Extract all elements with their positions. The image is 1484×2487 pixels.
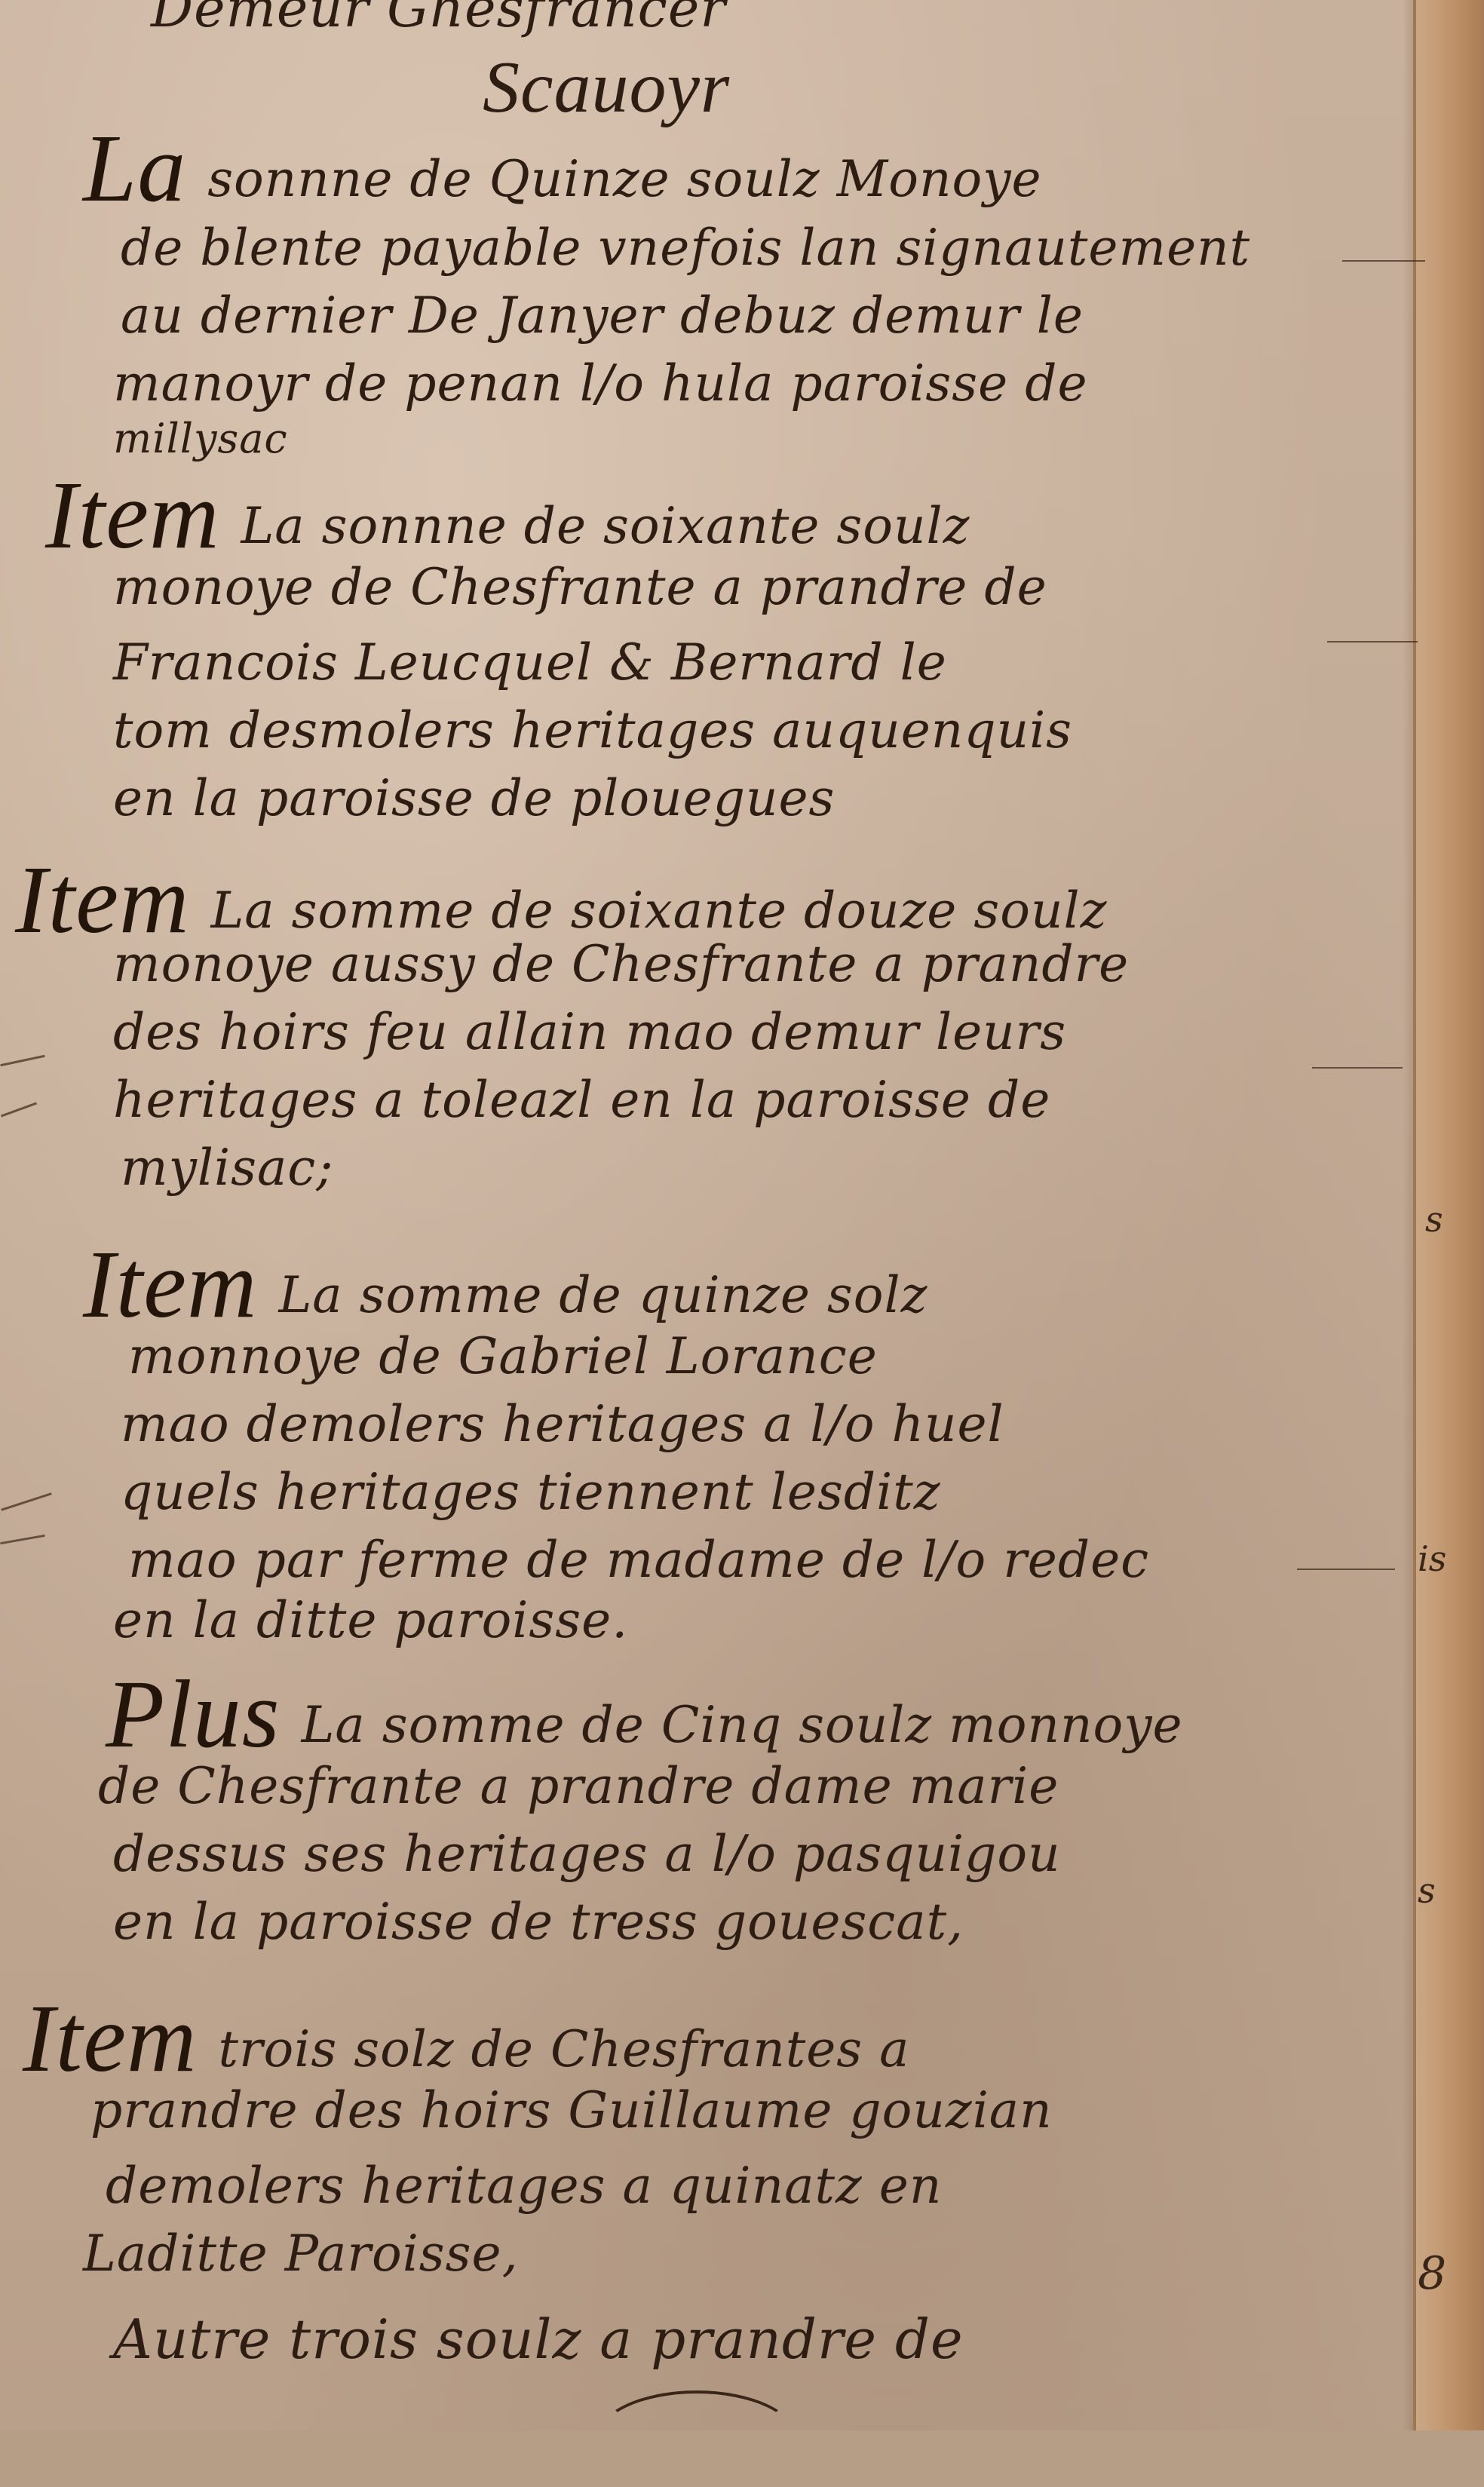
entry-4-line-2: monnoye de Gabriel Lorance [128,1327,878,1385]
margin-stroke [1,1102,37,1118]
entry-7-line-1: Autre trois soulz a prandre de [113,2308,964,2371]
entry-1-line-3: au dernier De Janyer debuz demur le [121,287,1084,345]
entry-5-line-1: PlusLa somme de Cinq soulz monnoye [106,1659,1183,1770]
manuscript-page: Demeur Ghesfrancer Scauoyr Lasonnne de Q… [0,0,1484,2430]
entry-2-line-1: ItemLa sonnne de soixante soulz [45,460,970,571]
margin-rule [1297,1569,1395,1570]
entry-4-line-4: quels heritages tiennent lesditz [121,1463,940,1521]
margin-rule [1327,641,1418,642]
entry-3-line-5: mylisac; [121,1139,334,1197]
entry-initial: Item [23,1985,197,2092]
entry-initial: Item [83,1231,257,1338]
bottom-flourish [596,2390,798,2430]
entry-3-line-3: des hoirs feu allain mao demur leurs [113,1003,1066,1061]
margin-stroke [0,1535,45,1544]
entry-initial: Item [45,462,219,569]
margin-mark: is [1418,1538,1446,1579]
entry-5-line-3: dessus ses heritages a l/o pasquigou [113,1825,1061,1883]
entry-4-line-6: en la ditte paroisse. [113,1591,628,1649]
header-line: Demeur Ghesfrancer [151,0,726,39]
entry-6-line-1: Itemtrois solz de Chesfrantes a [23,1983,910,2094]
entry-6-line-4: Laditte Paroisse, [83,2225,519,2283]
entry-1-line-1: Lasonnne de Quinze soulz Monoye [83,113,1042,224]
entry-4-line-3: mao demolers heritages a l/o huel [121,1395,1004,1453]
entry-1-line-4: manoyr de penan l/o hula paroisse de [113,354,1088,412]
margin-mark: s [1418,1870,1436,1911]
entry-2-line-4: tom desmolers heritages auquenquis [113,701,1072,759]
page-binding-edge [1413,0,1484,2430]
margin-rule [1342,260,1425,262]
entry-1-line-2: de blente payable vnefois lan signauteme… [121,219,1250,277]
entry-2-line-3: Francois Leucquel & Bernard le [113,633,947,692]
margin-stroke [0,1055,44,1066]
margin-stroke [1,1492,52,1510]
entry-2-line-2: monoye de Chesfrante a prandre de [113,558,1047,616]
entry-initial: Plus [106,1661,281,1768]
entry-6-line-2: prandre des hoirs Guillaume gouzian [90,2081,1053,2139]
entry-5-line-2: de Chesfrante a prandre dame marie [98,1757,1059,1815]
margin-mark: 8 [1418,2247,1446,2300]
entry-initial: La [83,115,186,222]
entry-4-line-1: ItemLa somme de quinze solz [83,1229,927,1340]
margin-mark: s [1425,1199,1443,1240]
entry-3-line-2: monoye aussy de Chesfrante a prandre [113,935,1129,993]
entry-1-line-5: millysac [113,415,288,462]
margin-rule [1312,1067,1403,1069]
entry-2-line-5: en la paroisse de plouegues [113,769,835,827]
entry-4-line-5: mao par ferme de madame de l/o redec [128,1531,1149,1589]
entry-5-line-4: en la paroisse de tress gouescat, [113,1893,964,1951]
entry-3-line-4: heritages a toleazl en la paroisse de [113,1071,1050,1129]
entry-6-line-3: demolers heritages a quinatz en [106,2157,942,2215]
